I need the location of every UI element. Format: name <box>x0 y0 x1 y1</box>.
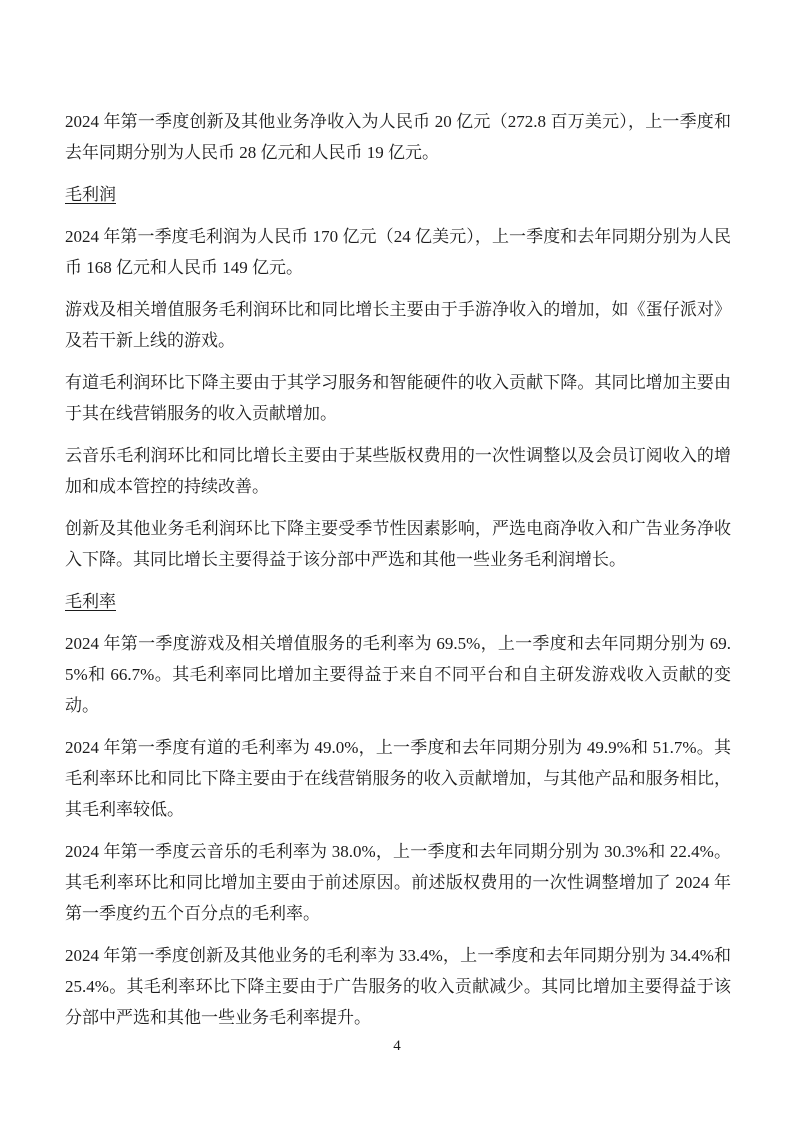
body-paragraph: 2024 年第一季度游戏及相关增值服务的毛利率为 69.5%，上一季度和去年同期… <box>65 628 731 721</box>
body-paragraph: 2024 年第一季度创新及其他业务的毛利率为 33.4%，上一季度和去年同期分别… <box>65 940 731 1033</box>
document-page: 2024 年第一季度创新及其他业务净收入为人民币 20 亿元（272.8 百万美… <box>0 0 794 1123</box>
body-paragraph: 游戏及相关增值服务毛利润环比和同比增长主要由于手游净收入的增加，如《蛋仔派对》及… <box>65 294 731 356</box>
body-paragraph: 2024 年第一季度有道的毛利率为 49.0%，上一季度和去年同期分别为 49.… <box>65 732 731 825</box>
body-paragraph: 云音乐毛利润环比和同比增长主要由于某些版权费用的一次性调整以及会员订阅收入的增加… <box>65 440 731 502</box>
body-paragraph: 2024 年第一季度毛利润为人民币 170 亿元（24 亿美元），上一季度和去年… <box>65 221 731 283</box>
body-paragraph: 2024 年第一季度创新及其他业务净收入为人民币 20 亿元（272.8 百万美… <box>65 106 731 168</box>
body-paragraph: 2024 年第一季度云音乐的毛利率为 38.0%，上一季度和去年同期分别为 30… <box>65 836 731 929</box>
section-heading-gross-margin: 毛利率 <box>65 586 731 617</box>
section-heading-gross-profit: 毛利润 <box>65 179 731 210</box>
body-paragraph: 创新及其他业务毛利润环比下降主要受季节性因素影响，严选电商净收入和广告业务净收入… <box>65 513 731 575</box>
page-number: 4 <box>0 1036 794 1056</box>
body-paragraph: 有道毛利润环比下降主要由于其学习服务和智能硬件的收入贡献下降。其同比增加主要由于… <box>65 367 731 429</box>
document-body: 2024 年第一季度创新及其他业务净收入为人民币 20 亿元（272.8 百万美… <box>65 106 731 1044</box>
